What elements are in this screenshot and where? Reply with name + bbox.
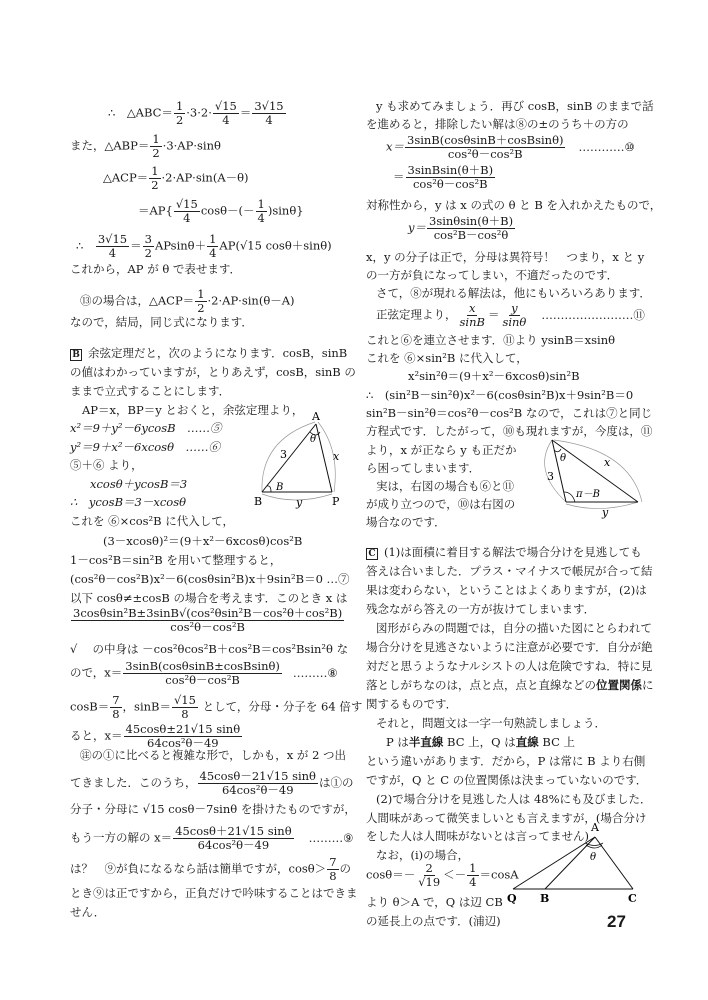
paragraph-line: (2)で場合分けを見逃した人は 48%にも及びました． [376,792,652,806]
paragraph-line: 対だと思うようなナルシストの人は危険ですね．特に見 [366,659,652,673]
bold-text: 位置関係 [596,678,642,692]
section-label-b: B [70,349,82,361]
num: 3sinB(cosθsinB±cosBsinθ) [123,660,282,674]
label-q: Q [507,892,517,905]
den: 2 [149,179,160,192]
paragraph-line: これを ⑥×sin²B に代入して， [366,351,528,365]
text: ＝ [240,106,252,120]
equation: xcosθ＋ycosB＝3 [90,477,187,491]
paragraph-line: なので，結局，同じ式になります． [70,315,253,329]
paragraph-line: sin²B－sin²θ＝cos²θ－cos²B なので，これは⑦と同じ [366,406,652,420]
eq-area-sum: ∴ 3√154＝32APsinθ＋14AP(√15 cosθ＋sinθ) [76,233,332,260]
text: cosB＝ [70,700,109,714]
text: てきました．このうち， [70,776,197,790]
text: cosθ－(－ [201,204,255,218]
label-theta: θ [560,453,566,464]
fraction: 45cosθ－21√15 sinθ64cos²θ－49 [198,770,318,797]
paragraph-line: x，y の分子は正で，分母は異符号！ つまり，x と y [366,250,644,264]
den: cos²θ－cos²B [168,621,247,634]
paragraph-line: 1－cos²B＝sin²B を用いて整理すると， [70,553,281,567]
num: √15 [172,694,198,708]
section-b-heading: B余弦定理だと，次のようになります．cosB，sinB [70,346,347,361]
paragraph-line: の一方が負になってしまい，不適だったのです． [366,268,618,282]
label-side-3: 3 [280,448,287,461]
num: 7 [110,694,121,708]
paragraph-line: ままで立式することにします． [70,384,230,398]
text: ·2·AP·sin(θ－A) [208,294,295,308]
fraction: 78 [110,694,121,721]
num: 1 [149,165,160,179]
eq-case-13: ⑬の場合は，△ACP＝12·2·AP·sin(θ－A) [80,288,295,315]
fraction: ysinθ [500,302,528,329]
paragraph-line: これから，AP が θ で表せます． [70,262,241,276]
fraction: 12 [149,165,160,192]
den: 8 [110,708,121,721]
paragraph-line: は？ ⑨が負になるなら話は簡単ですが，cosθ＞78の [70,856,351,883]
eq-area-abc: ∴ △ABC＝12·3·2·√154＝3√154 [108,100,287,127]
paragraph-line: 場合なのです． [366,515,446,529]
text: ＝ [393,170,405,184]
text: AP(√15 cosθ＋sinθ) [219,239,331,253]
eq-area-acp: △ACP＝12·2·AP·sin(A－θ) [103,165,249,192]
den: 4 [107,247,118,260]
fraction: xsinB [458,302,487,329]
fraction: 2√19 [416,862,442,889]
den: sinθ [500,316,528,329]
fraction: 3√154 [252,100,285,127]
obtuse-triangle-figure: 3 x y θ π－B [530,430,660,520]
num: 7 [327,856,338,870]
text: (1)は面積に着目する解法で場合分けを見逃しても [384,545,642,559]
num: x [467,302,478,316]
num: 3cosθsin²B±3sinB√(cos²θsin²B－cos²θ＋cos²B… [71,607,344,621]
text: ⑬の場合は，△ACP＝ [80,294,194,308]
equation-7: (cos²θ－cos²B)x²－6(cosθsin²B)x＋9sin²B＝0 …… [70,572,350,586]
text: P は [386,735,409,749]
fraction: 14 [467,862,478,889]
den: 4 [263,114,274,127]
den: 2 [143,247,154,260]
section-label-c: C [366,548,378,560]
paragraph-line: 以下 cosθ≠±cosB の場合を考えます．このとき x は [70,591,347,605]
paragraph-line: てきました．このうち，45cosθ－21√15 sinθ64cos²θ－49は①… [70,770,353,797]
fraction: √158 [172,694,198,721]
paragraph-line: 残念ながら答えの一方が抜けてしまいます． [366,602,595,616]
paragraph-line: 場合分けを見逃さないように注意が必要です．自分が絶 [366,640,653,654]
num: 1 [256,198,267,212]
x-solution: ると，x＝45cosθ±21√15 sinθ64cos²θ－49 [70,723,243,750]
paragraph-line: 果は変わらない，ということはよくありますが，(2)は [366,583,647,597]
den: cos²θ－cos²B [446,148,525,161]
paragraph-line: これと⑥を連立させます．⑪より ysinB＝xsinθ [366,333,615,347]
label-b: B [540,892,549,905]
text: は？ ⑨が負になるなら話は簡単ですが，cosθ＞ [70,862,326,876]
text: ……………………⑪ [541,308,645,322]
text: cosθ＝－ [366,868,415,882]
text: ………⑨ [309,831,354,845]
label-x: x [604,456,611,469]
text: ·3·2· [186,106,212,120]
bold-text: 半直線 [409,735,444,749]
text: ＝ [130,239,142,253]
fraction: √154 [213,100,239,127]
num: 45cosθ±21√15 sinθ [124,723,243,737]
fraction: 3√154 [96,233,129,260]
paragraph-line: 関するものです． [366,697,457,711]
paragraph-line: という違いがあります．だから，P は常に B より右側 [366,754,645,768]
den: cos²B－cos²θ [432,229,511,242]
paragraph-line: ㊟の①に比べると複雑な形で，しかも，x が 2 つ出 [80,748,346,762]
text: ，sinB＝ [123,700,171,714]
bold-text: 直線 [516,735,539,749]
den: cos²θ－cos²B [411,178,490,191]
fraction: 3sinB(cosθsinB＋cosBsinθ)cos²θ－cos²B [405,134,565,161]
fraction: 12 [174,100,185,127]
paragraph-line: 実は，右図の場合も⑥と⑪ [376,479,514,493]
cos-sin-values: cosB＝78，sinB＝√158 として，分母・分子を 64 倍す [70,694,362,721]
quadratic-solution: 3cosθsin²B±3sinB√(cos²θsin²B－cos²θ＋cos²B… [70,607,345,634]
paragraph-line: これを ⑥×cos²B に代入して， [70,514,234,528]
paragraph-line: ら困ってしまいます． [366,461,480,475]
text: 正弦定理より， [376,308,457,322]
label-y: y [601,506,609,519]
eq-area-acp-expand: ＝AP{√154cosθ－(－14)sinθ} [138,198,304,225]
fraction: 3sinBsin(θ＋B)cos²θ－cos²B [406,164,496,191]
num: 45cosθ－21√15 sinθ [198,770,318,784]
paragraph-line: より θ＞A で，Q は辺 CB [366,895,503,909]
fraction: 45cosθ＋21√15 sinθ64cos²θ－49 [173,825,293,852]
fraction: 14 [207,233,218,260]
den: sinB [458,316,487,329]
text: として，分母・分子を 64 倍す [199,700,362,714]
text: …………⑩ [578,140,634,154]
den: 2 [195,302,206,315]
text: ∴ [76,239,95,253]
text: ると，x＝ [70,729,123,743]
paragraph-line: の延長上の点です．(浦辺) [366,914,501,928]
paragraph-line: の値はわかっていますが，とりあえず，cosB，sinB の [70,365,356,379]
cos-comparison: cosθ＝－2√19＜－14＝cosA [366,862,519,889]
fraction: 14 [256,198,267,225]
equation: x²sin²θ＝(9＋x²－6xcosθ)sin²B [408,369,580,383]
paragraph-line: より，x が正なら y も正だか [366,443,516,457]
label-y: y [295,496,303,509]
num: 45cosθ＋21√15 sinθ [173,825,293,839]
num: 2 [424,862,435,876]
paragraph-line: 答えは合いました．プラス・マイナスで帳尻が合って結 [366,564,652,578]
paragraph-line: とき⑨は正ですから，正負だけで吟味することはできま [70,886,358,900]
label-b: B [254,495,262,508]
text: y＝ [408,221,426,235]
text: に [642,678,654,692]
num: 1 [195,288,206,302]
text: ∴ △ABC＝ [108,106,173,120]
text: x＝ [386,140,404,154]
fraction: 12 [150,133,161,160]
fraction: 3cosθsin²B±3sinB√(cos²θsin²B－cos²θ＋cos²B… [71,607,344,634]
text: APsinθ＋ [155,239,206,253]
equation-6: y²＝9＋x²－6xcosθ ……⑥ [70,440,220,454]
label-angle-b: B [275,482,283,493]
text: ＜－ [443,868,466,882]
paragraph-line: 図形がらみの問題では，自分の描いた図にとらわれて [376,621,652,635]
text: ………⑧ [293,666,338,680]
equation-8: ので，x＝3sinB(cosθsinB±cosBsinθ)cos²θ－cos²B… [70,660,338,687]
text: は①の [319,776,354,790]
num: 3sinB(cosθsinB＋cosBsinθ) [405,134,565,148]
text: もう一方の解の x＝ [70,831,172,845]
text: ·2·AP·sin(A－θ) [162,171,249,185]
paragraph-line: ⑤＋⑥ より， [70,458,143,472]
label-theta: θ [310,434,316,445]
text: 落としがちなのは，点と点，点と直線などの [366,678,596,692]
den: cos²θ－cos²B [163,674,242,687]
num: y [509,302,520,316]
den: 2 [150,147,161,160]
equation-10: x＝3sinB(cosθsinB＋cosBsinθ)cos²θ－cos²B………… [386,134,635,161]
text: ので，x＝ [70,666,122,680]
equation-11: 正弦定理より，xsinB＝ysinθ……………………⑪ [376,302,645,329]
num: 3√15 [96,233,129,247]
label-x: x [333,450,340,463]
label-side-3: 3 [547,470,554,483]
equation: ＝3sinBsin(θ＋B)cos²θ－cos²B [393,164,496,191]
paragraph-line: 対称性から，y は x の式の θ と B を入れかえたもので， [366,198,661,212]
paragraph-line: P は半直線 BC 上，Q は直線 BC 上 [386,735,575,749]
paragraph-line: √ の中身は －cos²θcos²B＋cos²B＝cos²Bsin²θ な [70,642,348,656]
text: ＝AP{ [138,204,173,218]
num: 1 [150,133,161,147]
label-a: A [590,821,600,834]
page-number: 27 [607,912,626,932]
num: √15 [174,198,200,212]
triangle-qbc-figure: A θ Q B C [500,815,660,905]
num: 3sinθsin(θ＋B) [427,215,515,229]
text: BC 上 [539,735,575,749]
paragraph-line: なお，(ⅰ)の場合， [376,848,469,862]
paragraph-line: 分子・分母に √15 cosθ－7sinθ を掛けたものですが， [70,802,356,816]
paragraph-line: を進めると，排除したい解は⑧の±のうち＋の方の [366,117,629,131]
eq-area-abp: また，△ABP＝12·3·AP·sinθ [70,133,221,160]
paragraph-line: それと，問題文は一字一句熟読しましょう． [376,716,606,730]
fraction: 12 [195,288,206,315]
text: △ACP＝ [103,171,148,185]
num: 1 [207,233,218,247]
num: 3√15 [252,100,285,114]
paragraph-line: y も求めてみましょう．再び cosB，sinB のままで話 [376,99,654,113]
paragraph-line: 落としがちなのは，点と点，点と直線などの位置関係に [366,678,654,692]
text: ·3·AP·sinθ [163,139,221,153]
triangle-abp-figure: A B P 3 x y θ B [240,410,360,510]
text: ＝ [488,308,500,322]
num: √15 [213,100,239,114]
paragraph-line: ですが，Q と C の位置関係は決まっていないのです． [366,773,647,787]
label-a: A [311,410,321,423]
den: 8 [179,708,190,721]
text: 余弦定理だと，次のようになります．cosB，sinB [88,346,347,360]
equation-5: x²＝9＋y²－6ycosB ……⑤ [70,421,222,435]
den: √19 [416,876,442,889]
fraction: 45cosθ±21√15 sinθ64cos²θ－49 [124,723,243,750]
equation-9: もう一方の解の x＝45cosθ＋21√15 sinθ64cos²θ－49………… [70,825,353,852]
paragraph-line: さて，⑧が現れる解法は，他にもいろいろあります． [376,286,651,300]
equation: ∴ ycosB＝3－xcosθ [70,495,186,509]
text: また，△ABP＝ [70,139,149,153]
equation: ∴ (sin²B－sin²θ)x²－6(cosθsin²B)x＋9sin²B＝0 [366,388,633,402]
text: の [340,862,352,876]
text: BC 上，Q は [443,735,515,749]
fraction: 3sinθsin(θ＋B)cos²B－cos²θ [427,215,515,242]
den: 64cos²θ－49 [220,784,296,797]
num: 1 [174,100,185,114]
num: 3 [143,233,154,247]
den: 4 [256,212,267,225]
den: 4 [220,114,231,127]
fraction: √154 [174,198,200,225]
den: 4 [207,247,218,260]
den: 2 [174,114,185,127]
fraction: 32 [143,233,154,260]
fraction: 3sinB(cosθsinB±cosBsinθ)cos²θ－cos²B [123,660,282,687]
section-c-heading: C(1)は面積に着目する解法で場合分けを見逃しても [366,545,642,560]
label-theta: θ [590,852,596,863]
label-c: C [628,892,637,905]
num: 3sinBsin(θ＋B) [406,164,496,178]
label-p: P [332,495,340,508]
den: 4 [181,212,192,225]
den: 64cos²θ－49 [196,839,272,852]
num: 1 [467,862,478,876]
fraction: 78 [327,856,338,883]
text: )sinθ} [268,204,304,218]
den: 4 [467,876,478,889]
equation: (3－xcosθ)²＝(9＋x²－6xcosθ)cos²B [103,534,302,548]
equation-y: y＝3sinθsin(θ＋B)cos²B－cos²θ [408,215,516,242]
den: 8 [327,870,338,883]
paragraph-line: が成り立つので，⑩は右図の [366,497,515,511]
label-pi-minus-b: π－B [575,489,600,500]
paragraph-line: せん． [70,905,105,919]
